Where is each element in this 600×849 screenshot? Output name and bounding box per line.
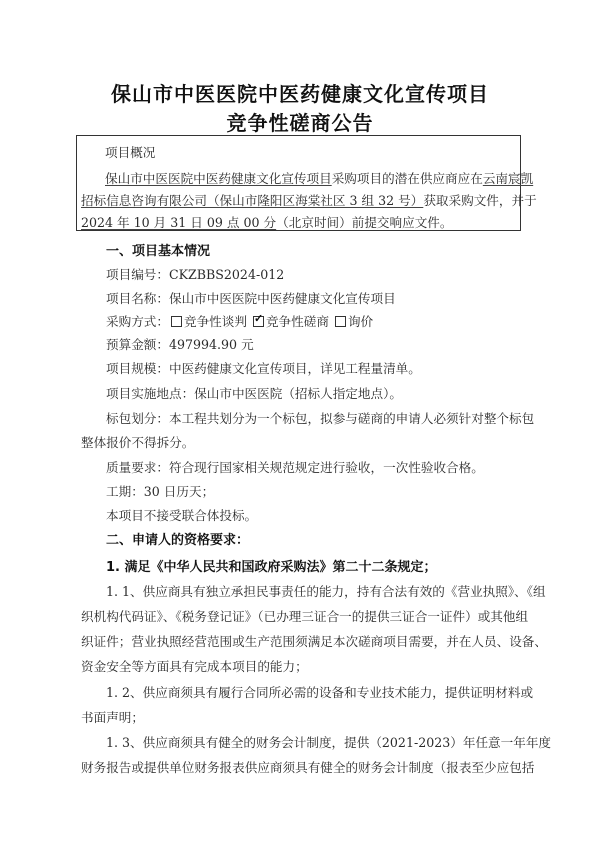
overview-text: 获取采购文件，并于 [423, 193, 536, 208]
item-1-1-line: 资金安全等方面具有完成本项目的能力； [81, 656, 308, 675]
project-number: CKZBBS2024-012 [169, 267, 284, 282]
item-1-2-line: 书面声明； [81, 707, 144, 726]
document-title: 保山市中医医院中医药健康文化宣传项目 [0, 78, 600, 107]
procurement-method-row: 采购方式：竞争性谈判 竞争性磋商 询价 [106, 311, 373, 330]
overview-text: （北京时间）前提交响应文件。 [276, 215, 452, 230]
method-option: 询价 [348, 314, 373, 329]
item-1-2-line: 1. 2、供应商须具有履行合同所必需的设备和专业技术能力，提供证明材料或 [106, 682, 533, 701]
section2-heading: 二、申请人的资格要求： [106, 529, 249, 548]
overview-line-3: 2024 年 10 月 31 日 09 点 00 分（北京时间）前提交响应文件。 [81, 212, 452, 231]
item-1-1-line: 1. 1、供应商具有独立承担民事责任的能力，持有合法有效的《营业执照》、《组 [106, 581, 546, 600]
label: 项目名称： [106, 291, 169, 306]
project-number-row: 项目编号：CKZBBS2024-012 [106, 264, 284, 283]
overview-heading: 项目概况 [105, 142, 155, 161]
item-1-3-line: 1. 3、供应商须具有健全的财务会计制度，提供（2021-2023）年任意一年年… [106, 732, 551, 751]
sub1-heading: 1. 满足《中华人民共和国政府采购法》第二十二条规定； [106, 556, 437, 575]
duration: 工期：30 日历天； [106, 481, 214, 500]
agency-link: 云南宸凯 [483, 171, 533, 186]
overview-line-2: 招标信息咨询有限公司（保山市隆阳区海棠社区 3 组 32 号）获取采购文件，并于 [81, 190, 537, 209]
agency-address-link: 招标信息咨询有限公司（保山市隆阳区海棠社区 3 组 32 号） [81, 193, 423, 208]
lot-division-line-2: 整体报价不得拆分。 [81, 432, 194, 451]
item-1-1-line: 织证件；营业执照经营范围或生产范围须满足本次磋商项目需要，并在人员、设备、 [81, 631, 547, 650]
label: 采购方式： [106, 314, 169, 329]
document-subtitle: 竞争性磋商公告 [0, 107, 600, 136]
overview-text: 采购项目的潜在供应商应在 [332, 171, 483, 186]
label: 项目编号： [106, 267, 169, 282]
label: 预算金额： [106, 337, 169, 352]
project-name-link: 保山市中医医院中医药健康文化宣传项目 [105, 171, 332, 186]
overview-line-1: 保山市中医医院中医药健康文化宣传项目采购项目的潜在供应商应在云南宸凯 [105, 168, 533, 187]
checkbox-unchecked-icon [335, 316, 346, 327]
consortium-note: 本项目不接受联合体投标。 [106, 505, 257, 524]
budget-row: 预算金额：497994.90 元 [106, 334, 254, 353]
project-name: 保山市中医医院中医药健康文化宣传项目 [169, 291, 396, 306]
item-1-3-line: 财务报告或提供单位财务报表供应商须具有健全的财务会计制度（报表至少应包括 [81, 757, 534, 776]
section1-heading: 一、项目基本情况 [106, 240, 210, 259]
project-name-row: 项目名称：保山市中医医院中医药健康文化宣传项目 [106, 288, 396, 307]
method-option: 竞争性磋商 [266, 314, 329, 329]
checkbox-checked-icon [253, 316, 264, 327]
lot-division-line-1: 标包划分：本工程共划分为一个标包，拟参与磋商的申请人必须针对整个标包 [106, 408, 534, 427]
project-scale: 项目规模：中医药健康文化宣传项目，详见工程量清单。 [106, 358, 421, 377]
budget-amount: 497994.90 元 [169, 337, 254, 352]
checkbox-unchecked-icon [171, 316, 182, 327]
item-1-1-line: 织机构代码证》、《税务登记证》（已办理三证合一的提供三证合一证件）或其他组 [81, 606, 528, 625]
method-option: 竞争性谈判 [184, 314, 247, 329]
project-location: 项目实施地点：保山市中医医院（招标人指定地点）。 [106, 383, 402, 402]
deadline-link: 2024 年 10 月 31 日 09 点 00 分 [81, 215, 276, 230]
quality-requirement: 质量要求：符合现行国家相关规范规定进行验收，一次性验收合格。 [106, 457, 484, 476]
